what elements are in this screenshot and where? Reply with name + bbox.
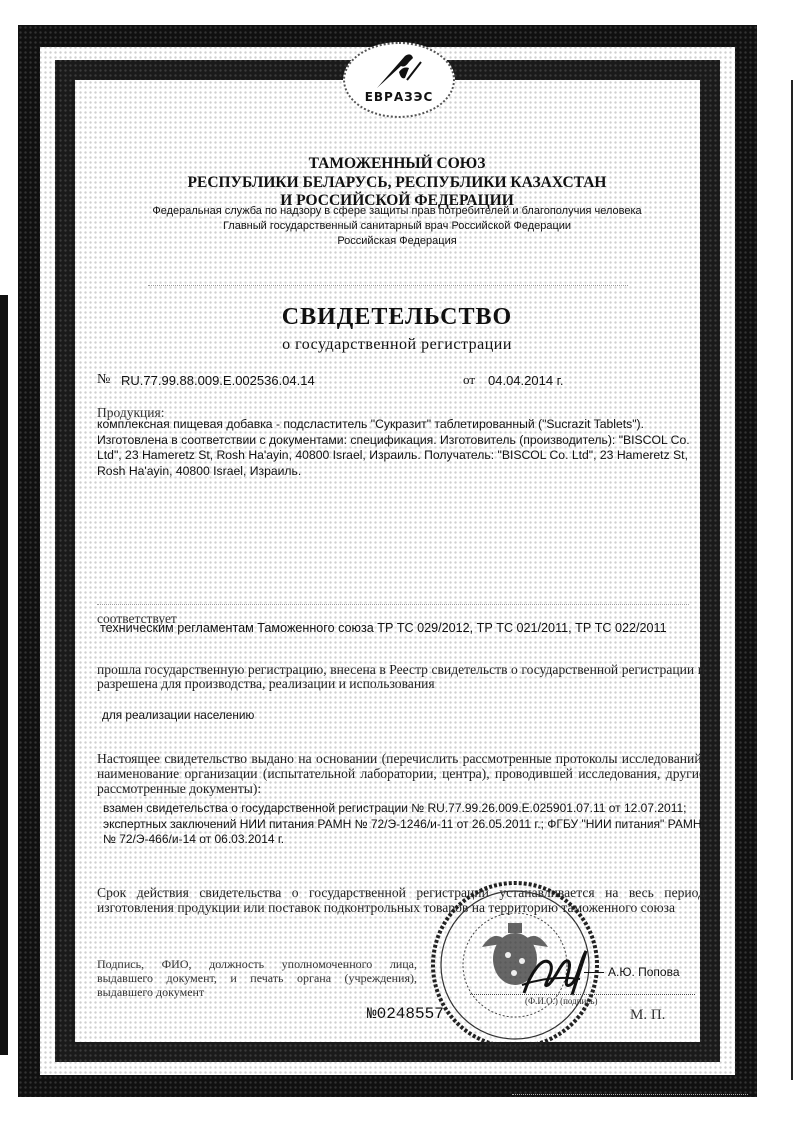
signature-line: [470, 994, 695, 995]
product-caption-line: [97, 604, 689, 605]
scan-edge-line: [791, 80, 793, 1080]
eurasec-emblem: ЕВРАЗЭС: [343, 42, 455, 118]
official-title: Главный государственный санитарный врач …: [90, 219, 704, 233]
signer-dash: [584, 972, 604, 973]
union-heading-line-1: ТАМОЖЕННЫЙ СОЮЗ: [90, 154, 704, 173]
conformity-regulations: техническим регламентам Таможенного союз…: [100, 621, 667, 635]
validity-statement: Срок действия свидетельства о государств…: [97, 885, 705, 915]
basis-documents: взамен свидетельства о государственной р…: [103, 801, 703, 848]
union-heading-line-2: РЕСПУБЛИКИ БЕЛАРУСЬ, РЕСПУБЛИКИ КАЗАХСТА…: [90, 173, 704, 192]
form-serial-number: №0248557: [367, 1005, 444, 1023]
registration-scope: для реализации населению: [102, 708, 254, 722]
eurasec-bird-emblem-icon: [375, 50, 423, 90]
number-sign: №: [97, 372, 110, 388]
signature-caption: Подпись, ФИО, должность уполномоченного …: [97, 957, 417, 999]
basis-statement: Настоящее свидетельство выдано на основа…: [97, 751, 705, 796]
scan-edge-shadow: [0, 295, 8, 1055]
issuer-caption-line: [148, 285, 628, 286]
country-name: Российская Федерация: [90, 234, 704, 248]
certificate-title: СВИДЕТЕЛЬСТВО: [90, 304, 704, 331]
signature-line-caption: (Ф.И.О.) (подпись): [525, 996, 597, 1006]
product-description: комплексная пищевая добавка - подсластит…: [97, 417, 707, 479]
printer-imprint: [512, 1094, 748, 1095]
certificate-number: RU.77.99.88.009.Е.002536.04.14: [121, 373, 315, 388]
registration-statement: прошла государственную регистрацию, внес…: [97, 663, 705, 691]
seal-placeholder-label: М. П.: [630, 1007, 665, 1024]
certificate-subtitle: о государственной регистрации: [90, 336, 704, 354]
agency-name: Федеральная служба по надзору в сфере за…: [90, 204, 704, 218]
certificate-date: 04.04.2014 г.: [488, 373, 563, 388]
date-prefix: от: [463, 372, 475, 388]
emblem-label: ЕВРАЗЭС: [345, 90, 453, 104]
signer-name: А.Ю. Попова: [608, 965, 680, 979]
